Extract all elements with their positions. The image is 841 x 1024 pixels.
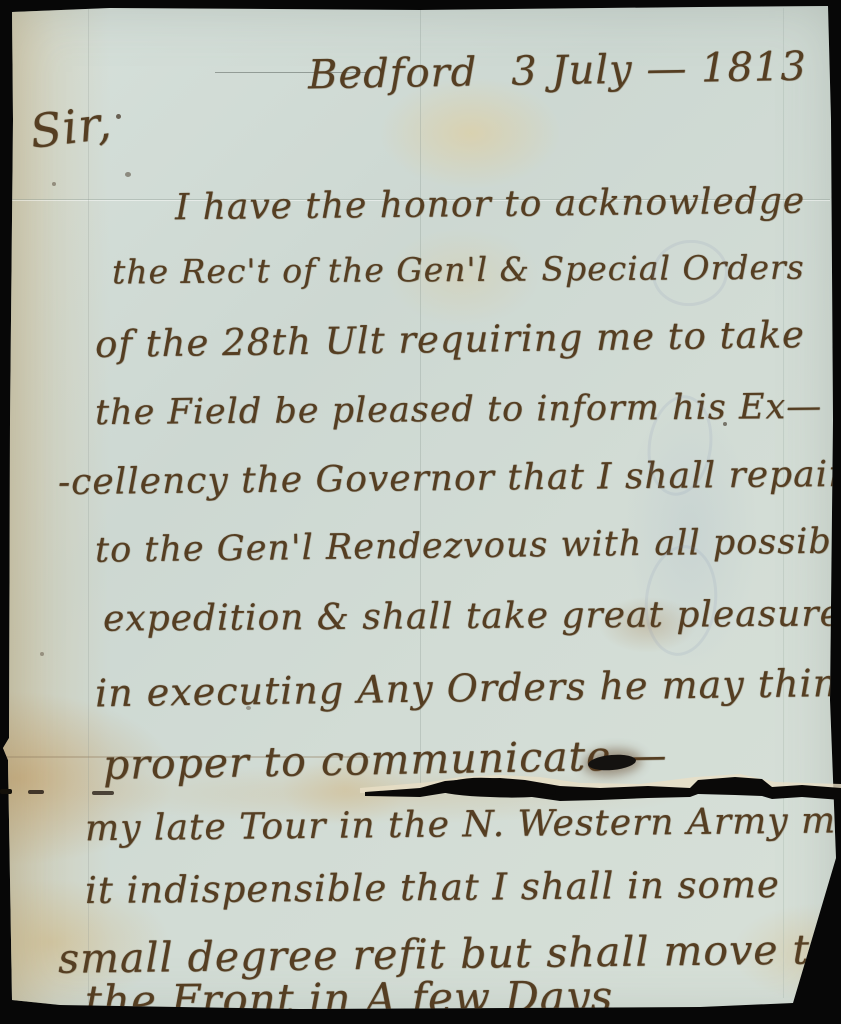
body-line: the Front in A few Days <box>85 972 614 1024</box>
ink-speck <box>116 114 121 119</box>
ink-speck <box>40 652 44 656</box>
letter-paper: Bedford3 July — 1813 Sir, I have the hon… <box>0 0 841 1024</box>
body-line: I have the honor to acknowledge <box>175 181 805 229</box>
left-vertical-crease <box>88 8 89 1003</box>
ink-speck <box>125 172 131 177</box>
photo-background: Bedford3 July — 1813 Sir, I have the hon… <box>0 0 841 1024</box>
body-line: my late Tour in the N. Western Army made <box>85 800 841 850</box>
ink-speck <box>246 706 251 710</box>
body-line: expedition & shall take great pleasure <box>103 593 841 639</box>
dateline: Bedford3 July — 1813 <box>308 44 808 99</box>
salutation: Sir, <box>27 95 115 159</box>
body-line: the Field be pleased to inform his Ex— <box>95 387 822 433</box>
right-vertical-crease <box>783 8 784 998</box>
ink-speck <box>723 422 727 426</box>
body-line: it indispensible that I shall in some <box>85 863 780 912</box>
dateline-date: 3 July — 1813 <box>511 44 807 95</box>
body-line: of the 28th Ult requiring me to take <box>95 313 805 366</box>
dateline-place: Bedford <box>308 49 478 98</box>
body-line: in executing Any Orders he may think <box>95 661 841 716</box>
body-line: proper to communicate — <box>103 731 668 789</box>
body-line: to the Gen'l Rendezvous with all possibl… <box>95 521 841 570</box>
ink-speck <box>52 182 56 186</box>
body-line: -cellency the Governor that I shall repa… <box>58 454 841 503</box>
